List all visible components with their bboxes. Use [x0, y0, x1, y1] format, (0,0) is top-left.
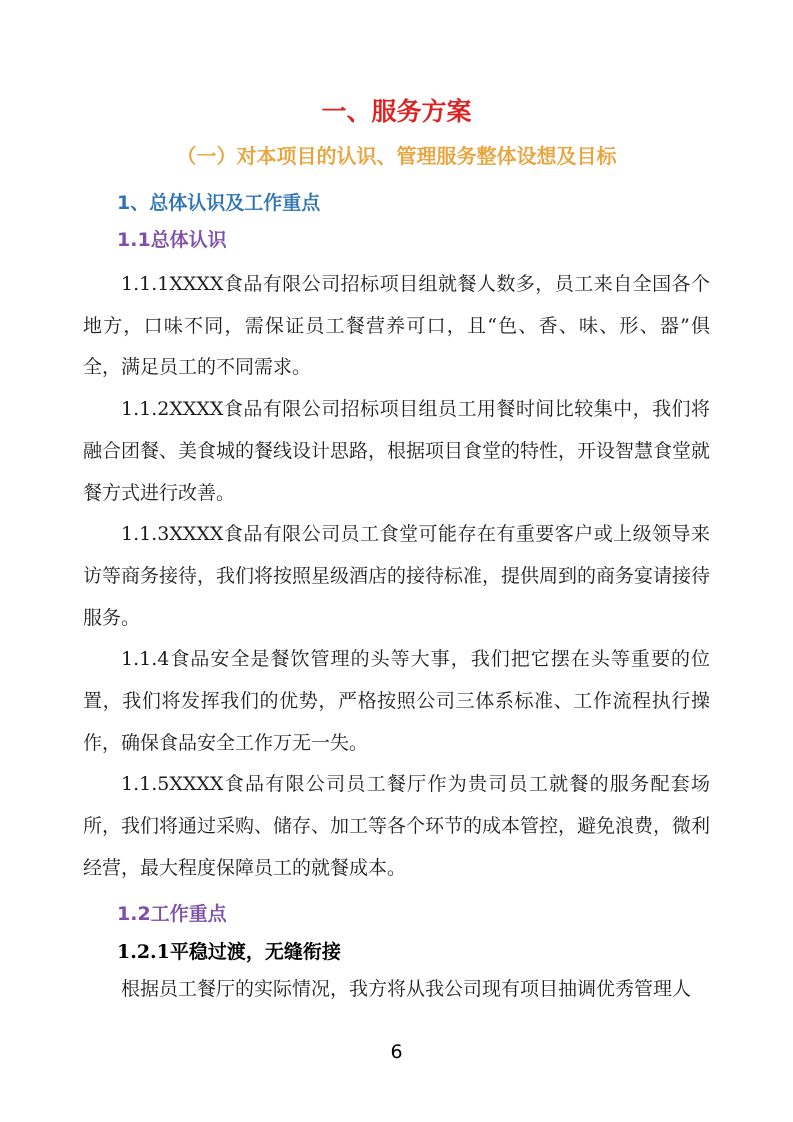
paragraph-1-2-1-body: 根据员工餐厅的实际情况，我方将从我公司现有项目抽调优秀管理人: [83, 969, 710, 1011]
heading-1-1-overall-understanding: 1.1总体认识: [83, 228, 710, 252]
heading-1-overall-understanding-and-focus: 1、总体认识及工作重点: [83, 191, 710, 215]
paragraph-1-1-5: 1.1.5XXXX食品有限公司员工餐厅作为贵司员工就餐的服务配套场所，我们将通过…: [83, 764, 710, 889]
doc-subtitle: （一）对本项目的认识、管理服务整体设想及目标: [83, 143, 710, 169]
paragraph-1-1-2: 1.1.2XXXX食品有限公司招标项目组员工用餐时间比较集中，我们将融合团餐、美…: [83, 389, 710, 514]
heading-1-2-1-smooth-transition: 1.2.1平稳过渡，无缝衔接: [83, 940, 710, 964]
heading-1-2-work-focus: 1.2工作重点: [83, 902, 710, 926]
doc-title: 一、服务方案: [83, 96, 710, 128]
paragraph-1-1-1: 1.1.1XXXX食品有限公司招标项目组就餐人数多，员工来自全国各个地方，口味不…: [83, 264, 710, 389]
page-number: 6: [0, 1040, 793, 1064]
paragraph-1-1-4: 1.1.4食品安全是餐饮管理的头等大事，我们把它摆在头等重要的位置，我们将发挥我…: [83, 639, 710, 764]
paragraph-1-1-3: 1.1.3XXXX食品有限公司员工食堂可能存在有重要客户或上级领导来访等商务接待…: [83, 514, 710, 639]
document-page: 一、服务方案 （一）对本项目的认识、管理服务整体设想及目标 1、总体认识及工作重…: [0, 0, 793, 1122]
